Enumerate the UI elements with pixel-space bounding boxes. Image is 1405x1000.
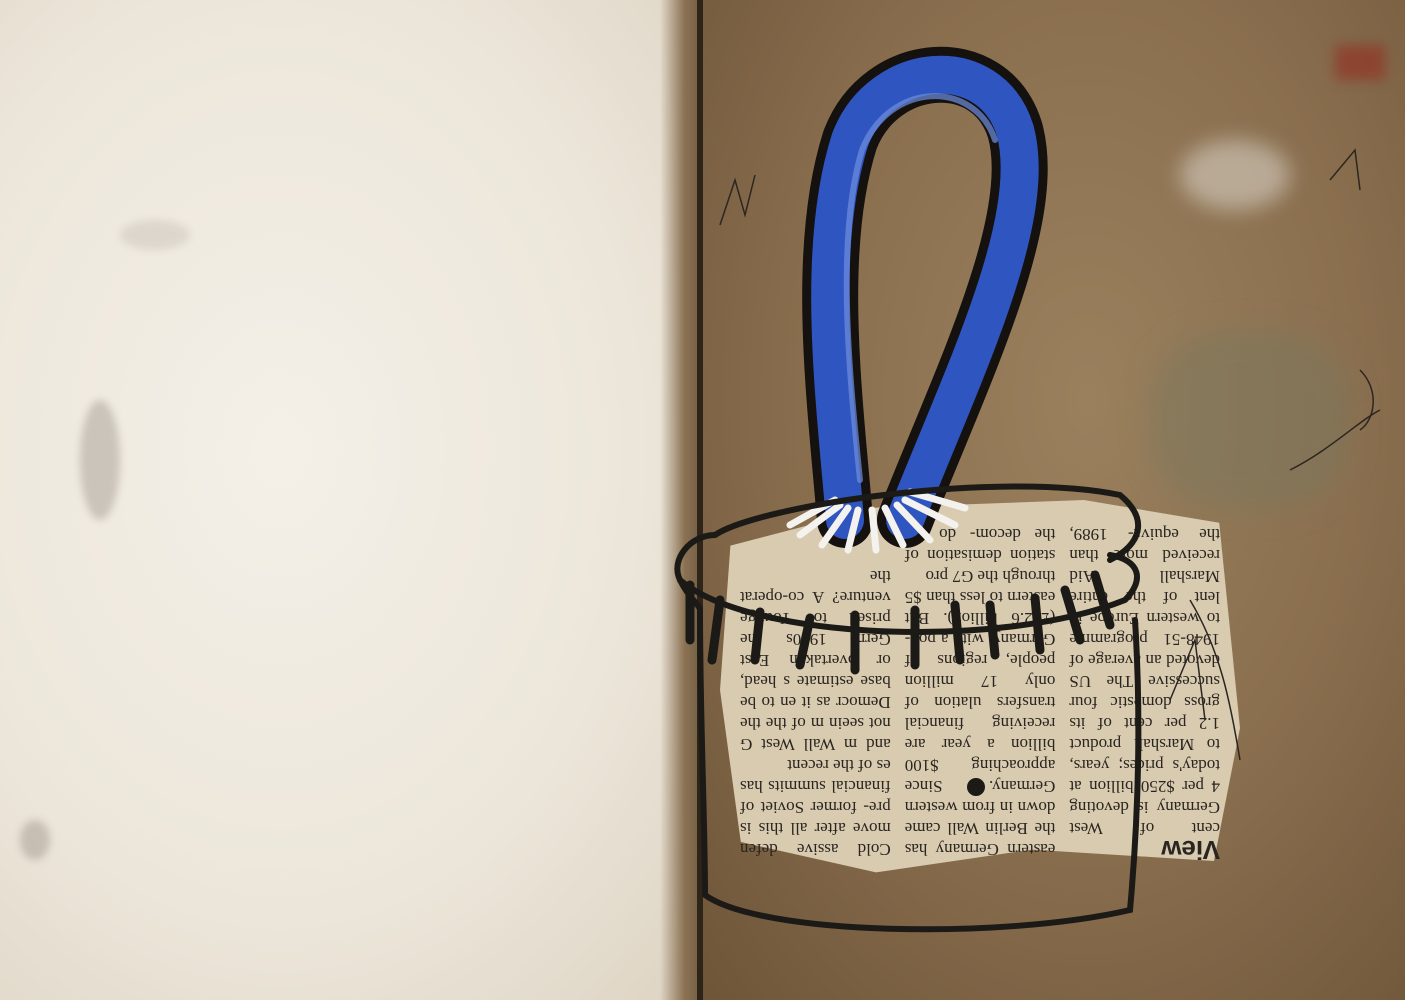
black-dot xyxy=(967,778,985,796)
drum-outline xyxy=(677,486,1138,929)
blue-loop-shape xyxy=(830,75,1020,520)
drawing xyxy=(0,0,1405,1000)
